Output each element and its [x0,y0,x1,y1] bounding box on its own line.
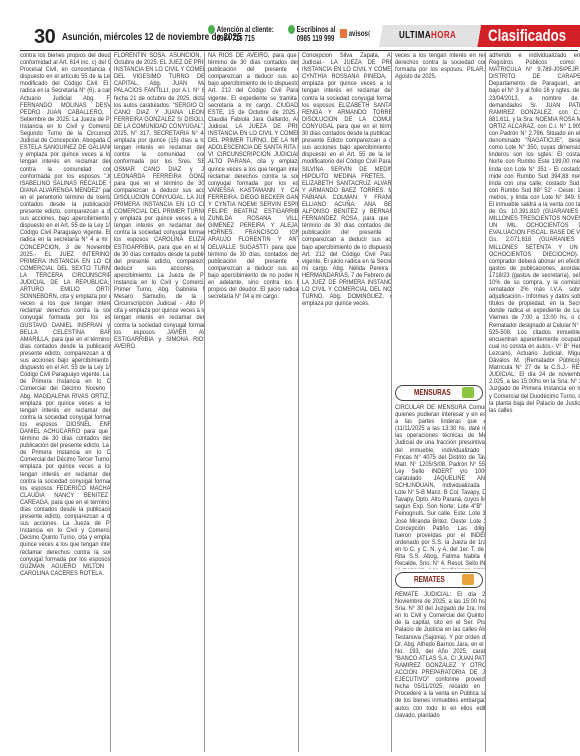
column-1: contra los bienes propios del deudor, de… [20,52,111,752]
classifieds-columns: contra los bienes propios del deudor, de… [20,52,580,752]
whatsapp-icon [208,25,215,34]
legal-notice-text: adherido e individualizado en los Regist… [489,52,580,414]
contact-label: Escribinos al [297,25,336,34]
column-2: FLORENTIN SOSA. ASUNCION, 29 de Octubre … [114,52,205,752]
legal-notice-text: NA RIOS DE AVEIRO, para que en el términ… [208,52,299,300]
section-title: Clasificados [488,26,566,46]
contact-label: Atención al cliente: [217,25,274,34]
legal-notice-text: contra los bienes propios del deudor, de… [20,52,111,577]
whatsapp-icon [288,25,295,34]
contact-phone[interactable]: 0994 715 715 [217,34,255,43]
gavel-icon [462,574,474,585]
contact-phone[interactable]: 0985 119 999 [297,34,335,43]
page-header: 30 Asunción, miércoles 12 de noviembre d… [0,25,580,49]
brand-logo: ULTIMAHORA [399,30,456,41]
ruler-map-icon [462,387,474,398]
section-header-mensuras: MENSURAS [395,385,483,401]
header-divider [20,50,578,51]
mail-icon [340,29,347,38]
section-header-remates: REMATES [395,572,483,588]
column-6: adherido e individualizado en los Regist… [489,52,580,752]
column-4: Concepcion Silva Zapata, Actuaria Judici… [302,52,393,752]
write-us-contact: Escribinos al 0985 119 999 [288,25,335,43]
remate-notice-text: REMATE JUDICIAL: El día 21 de Noviembre … [395,591,486,719]
mensura-notice-text: CIRCULAR DE MENSURA Comunico a quienes p… [395,404,486,569]
legal-notice-text: FLORENTIN SOSA. ASUNCION, 29 de Octubre … [114,52,205,350]
legal-notice-text: veces a los tengan interés en reclamar d… [395,52,486,382]
customer-service-contact: Atención al cliente: 0994 715 715 [208,25,274,43]
legal-notice-text: Concepcion Silva Zapata, Actuaria Judici… [302,52,393,307]
page-number: 30 [34,26,55,49]
brand-banner: ULTIMAHORA Clasificados [370,25,580,47]
column-3: NA RIOS DE AVEIRO, para que en el términ… [208,52,299,752]
column-5: veces a los tengan interés en reclamar d… [395,52,486,752]
